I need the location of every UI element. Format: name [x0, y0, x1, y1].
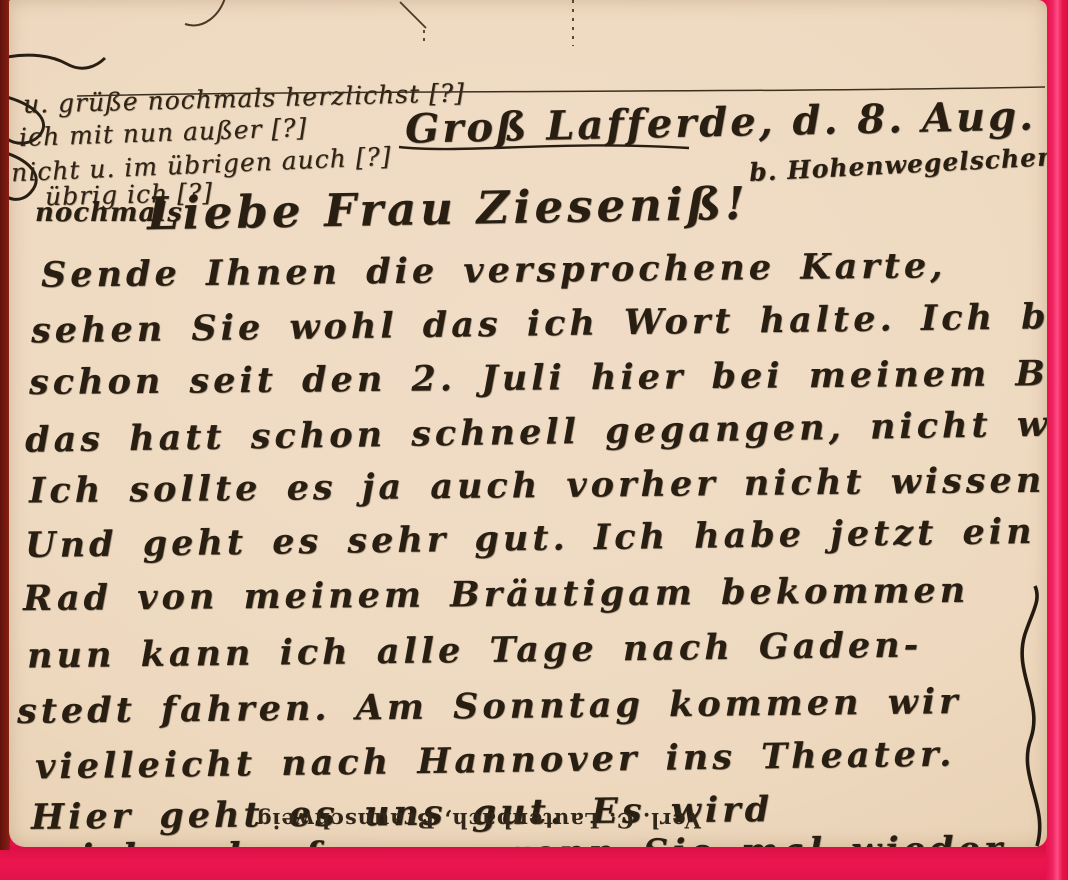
- postcard-scan: u. grüße nochmals herzlichst [?] ich mit…: [0, 0, 1068, 880]
- salutation: Liebe Frau Zieseniß!: [147, 177, 750, 240]
- top-sketch-curve: [185, 0, 225, 25]
- scan-border-right: [1046, 0, 1068, 880]
- letter-line: Rad von meinem Bräutigam bekommen: [23, 570, 969, 619]
- diagonal-mark: [400, 2, 426, 28]
- letter-line: Ich sollte es ja auch vorher nicht wisse…: [29, 460, 1047, 512]
- letter-line: das hatt schon schnell gegangen, nicht w…: [25, 402, 1047, 461]
- postcard-paper: u. grüße nochmals herzlichst [?] ich mit…: [9, 0, 1047, 847]
- illegible-corner-scribble: [9, 55, 105, 68]
- letter-line: vielleicht nach Hannover ins Theater.: [35, 734, 956, 788]
- letter-line: schon seit den 2. Juli hier bei meinem B…: [29, 352, 1047, 403]
- letter-line: sehen Sie wohl das ich Wort halte. Ich b…: [31, 296, 1047, 352]
- printer-imprint-upside-down: Verl. C. Lautenbach, Braunschweig: [259, 797, 701, 833]
- district-line: b. Hohenwegelschen: [748, 142, 1047, 187]
- illegible-margin-note-scribble: [1022, 586, 1040, 846]
- letter-line: stedt fahren. Am Sonntag kommen wir: [17, 681, 962, 732]
- corner-note-line: ich mit nun außer [?]: [19, 113, 308, 152]
- dateline: Groß Lafferde, d. 8. Aug. 13.: [405, 90, 1047, 152]
- letter-line: Und geht es sehr gut. Ich habe jetzt ein: [25, 511, 1036, 566]
- letter-line: nun kann ich alle Tage nach Gaden-: [27, 625, 923, 677]
- corner-note-line: u. grüße nochmals herzlichst [?]: [23, 78, 466, 119]
- scan-border-bottom: [0, 846, 1068, 880]
- letter-line: Sende Ihnen die versprochene Karte,: [41, 245, 947, 295]
